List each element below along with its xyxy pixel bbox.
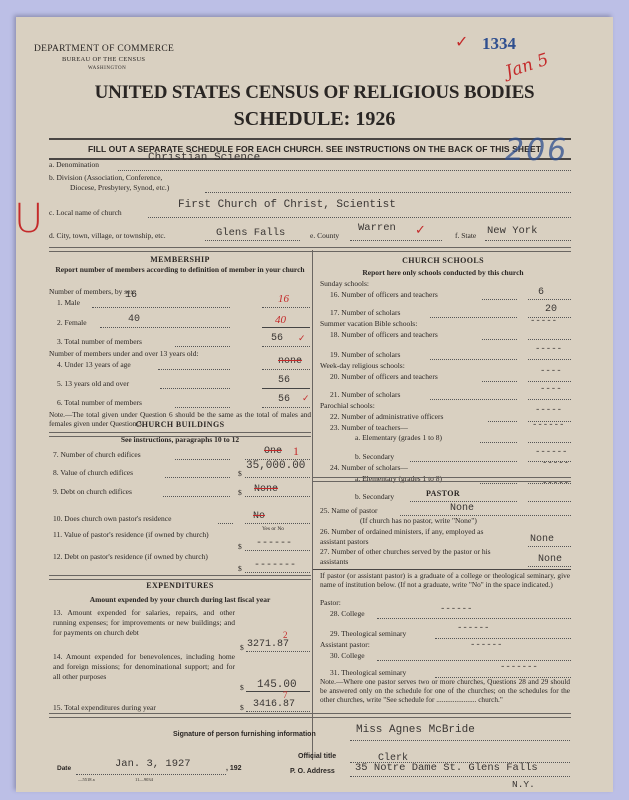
sum-line	[246, 691, 310, 692]
dotted-line	[245, 523, 310, 524]
form-code: —5518 a	[78, 777, 95, 782]
graduate-instructions: If pastor (or assistant pastor) is a gra…	[320, 571, 570, 589]
q27-field[interactable]: None	[538, 554, 562, 565]
dotted-line	[163, 496, 230, 497]
q22-field[interactable]: -----	[535, 405, 562, 415]
weekday-schools-label: Week-day religious schools:	[320, 361, 405, 370]
q31-label: 31. Theological seminary	[330, 668, 406, 677]
county-field[interactable]: Warren	[358, 222, 396, 234]
divider	[49, 138, 571, 140]
dollar-sign: $	[238, 542, 242, 551]
dollar-sign: $	[238, 488, 242, 497]
dotted-line	[528, 501, 571, 502]
q23b-label: b. Secondary	[355, 452, 394, 461]
city-label: d. City, town, village, or township, etc…	[49, 231, 166, 240]
dotted-line	[377, 660, 571, 661]
q31-field[interactable]: -------	[500, 662, 538, 672]
female-field[interactable]: 40	[128, 314, 140, 325]
dotted-line	[482, 339, 517, 340]
dotted-line	[262, 407, 310, 408]
edifice-value-field[interactable]: 35,000.00	[246, 460, 305, 472]
pastor-sublabel: Pastor:	[320, 598, 341, 607]
total-label: 3. Total number of members	[57, 337, 142, 346]
dotted-line	[480, 442, 517, 443]
dotted-line	[350, 776, 570, 777]
church-schools-heading: CHURCH SCHOOLS	[315, 256, 571, 265]
check-mark-icon: ✓	[298, 333, 306, 344]
dotted-line	[118, 170, 571, 171]
dotted-line	[488, 421, 517, 422]
q22-label: 22. Number of administrative officers	[330, 412, 443, 421]
dotted-line	[482, 381, 517, 382]
state-label: f. State	[455, 231, 476, 240]
q23b-field[interactable]: ------	[535, 447, 567, 457]
sunday-schools-label: Sunday schools:	[320, 279, 369, 288]
dotted-line	[485, 240, 571, 241]
signature-label: Signature of person furnishing informati…	[173, 731, 316, 738]
q19-field[interactable]: -----	[535, 344, 562, 354]
residence-debt-label: 12. Debt on pastor's residence (if owned…	[53, 552, 233, 562]
dotted-line	[76, 774, 226, 775]
membership-heading: MEMBERSHIP	[49, 255, 311, 264]
dotted-line	[175, 459, 230, 460]
q23-label: 23. Number of teachers—	[330, 423, 408, 432]
summer-schools-label: Summer vacation Bible schools:	[320, 319, 417, 328]
q23-dash: ------	[532, 420, 564, 430]
over-13-field[interactable]: 56	[278, 375, 290, 386]
pastor-name-label: 25. Name of pastor	[320, 506, 377, 515]
dotted-line	[430, 399, 517, 400]
column-divider	[312, 250, 313, 760]
dotted-line	[165, 477, 230, 478]
age-label: Number of members under and over 13 year…	[49, 349, 199, 358]
dotted-line	[528, 566, 571, 567]
edifice-debt-label: 9. Debt on church edifices	[53, 487, 132, 496]
total-2-label: 6. Total number of members	[57, 398, 142, 407]
summer-dash: -----	[530, 316, 557, 326]
benevolences-label: 14. Amount expended for benevolences, in…	[53, 652, 235, 682]
q23a-label: a. Elementary (grades 1 to 8)	[355, 433, 442, 442]
department-label: DEPARTMENT OF COMMERCE	[34, 44, 174, 54]
by-sex-label: Number of members, by sex:	[49, 287, 136, 296]
divider	[49, 158, 571, 160]
pencil-number: 206	[505, 133, 568, 168]
division-label-cont: Diocese, Presbytery, Synod, etc.)	[70, 183, 169, 192]
q27-label: 27. Number of other churches served by t…	[320, 547, 508, 567]
division-field[interactable]	[205, 192, 571, 193]
check-mark-icon: ✓	[415, 222, 426, 238]
q17-field[interactable]: 20	[545, 304, 557, 315]
dotted-line	[377, 618, 571, 619]
dotted-line	[528, 299, 571, 300]
q29-label: 29. Theological seminary	[330, 629, 406, 638]
dollar-sign: $	[240, 643, 244, 652]
q24-label: 24. Number of scholars—	[330, 463, 408, 472]
total-members-field[interactable]: 56	[271, 333, 283, 344]
dotted-line	[262, 346, 310, 347]
church-buildings-subheading: See instructions, paragraphs 10 to 12	[49, 435, 311, 444]
city-label: WASHINGTON	[88, 66, 126, 71]
po-address-field[interactable]: 35 Notre Dame St. Glens Falls	[355, 762, 538, 774]
q18-field	[528, 339, 571, 340]
salaries-field[interactable]: 3271.87	[247, 639, 289, 650]
q28-label: 28. College	[330, 609, 365, 618]
dotted-line	[92, 307, 230, 308]
official-title-label: Official title	[298, 753, 336, 760]
dotted-line	[245, 496, 310, 497]
q18-label: 18. Number of officers and teachers	[330, 330, 438, 339]
dotted-line	[350, 240, 442, 241]
date-label: Date	[57, 765, 71, 772]
dotted-line	[175, 407, 230, 408]
denomination-field[interactable]: Christian Science	[148, 152, 260, 164]
dollar-sign: $	[238, 564, 242, 573]
dotted-line	[482, 299, 517, 300]
dotted-line	[528, 359, 571, 360]
dotted-line	[245, 550, 310, 551]
dotted-line	[218, 523, 233, 524]
date-suffix: , 192	[226, 765, 242, 772]
dollar-sign: $	[238, 469, 242, 478]
dotted-line	[528, 546, 571, 547]
division-label: b. Division (Association, Conference,	[49, 173, 162, 182]
dotted-line	[430, 359, 517, 360]
q26-field[interactable]: None	[530, 534, 554, 545]
church-buildings-heading: CHURCH BUILDINGS	[49, 420, 311, 429]
assistant-pastor-sublabel: Assistant pastor:	[320, 640, 370, 649]
dotted-line	[528, 381, 571, 382]
dotted-line	[148, 217, 571, 218]
dotted-line	[246, 711, 310, 712]
total-expenditures-field[interactable]: 3416.87	[253, 699, 295, 710]
pastor-heading: PASTOR	[315, 489, 571, 498]
section-divider	[49, 575, 311, 580]
over-13-label: 5. 13 years old and over	[57, 379, 129, 388]
q30-field[interactable]: ------	[470, 640, 502, 650]
form-title: UNITED STATES CENSUS OF RELIGIOUS BODIES	[0, 82, 629, 104]
q29-field[interactable]: ------	[457, 623, 489, 633]
bureau-label: BUREAU OF THE CENSUS	[62, 56, 145, 63]
q24a-field[interactable]: -----	[542, 458, 569, 468]
dotted-line	[410, 461, 517, 462]
edifices-label: 7. Number of church edifices	[53, 450, 141, 459]
sum-line	[262, 327, 310, 328]
po-address-label: P. O. Address	[290, 768, 335, 775]
female-correction: 40	[275, 314, 286, 326]
divider	[313, 569, 571, 570]
dotted-line	[430, 317, 517, 318]
dollar-sign: $	[240, 703, 244, 712]
q21-field[interactable]: ----	[540, 384, 562, 394]
section-divider	[49, 247, 571, 252]
yes-no-hint: Yes or No	[262, 526, 284, 532]
total-members-2-field[interactable]: 56	[278, 394, 290, 405]
residence-value-label: 11. Value of pastor's residence (if owne…	[53, 530, 233, 540]
edifices-correction: 1	[293, 444, 299, 459]
dotted-line	[205, 240, 300, 241]
dotted-line	[100, 327, 230, 328]
pastor-name-field[interactable]: None	[450, 503, 474, 514]
signature-field[interactable]: Miss Agnes McBride	[356, 724, 475, 736]
dotted-line	[158, 369, 230, 370]
local-name-field[interactable]: First Church of Christ, Scientist	[178, 199, 396, 211]
dotted-line	[175, 346, 230, 347]
salaries-correction: 2	[283, 630, 288, 640]
local-name-label: c. Local name of church	[49, 208, 122, 217]
under-13-label: 4. Under 13 years of age	[57, 360, 131, 369]
q16-field[interactable]: 6	[538, 287, 544, 298]
edifice-value-label: 8. Value of church edifices	[53, 468, 133, 477]
pastor-name-hint: (If church has no pastor, write "None")	[360, 516, 477, 525]
county-label: e. County	[310, 231, 339, 240]
dotted-line	[245, 572, 310, 573]
state-field[interactable]: New York	[487, 225, 537, 237]
salaries-label: 13. Amount expended for salaries, repair…	[53, 608, 235, 638]
q28-field[interactable]: ------	[440, 604, 472, 614]
dotted-line	[262, 369, 310, 370]
membership-subheading: Report number of members according to de…	[55, 265, 305, 275]
q20-label: 20. Number of officers and teachers	[330, 372, 438, 381]
expenditures-subheading: Amount expended by your church during la…	[49, 595, 311, 604]
q17-label: 17. Number of scholars	[330, 308, 400, 317]
dotted-line	[410, 501, 517, 502]
dotted-line	[262, 307, 310, 308]
q23a-field	[528, 442, 571, 443]
q21-label: 21. Number of scholars	[330, 390, 400, 399]
church-schools-subheading: Report here only schools conducted by th…	[315, 268, 571, 277]
city-field[interactable]: Glens Falls	[216, 227, 285, 239]
expenditures-heading: EXPENDITURES	[49, 581, 311, 590]
dollar-sign: $	[240, 683, 244, 692]
pastor-residence-field[interactable]: No	[253, 511, 265, 522]
under-13-field[interactable]: none	[278, 356, 302, 367]
dotted-line	[160, 388, 230, 389]
total-correction: 7	[283, 690, 288, 700]
dotted-line	[245, 477, 310, 478]
total-expenditures-label: 15. Total expenditures during year	[53, 703, 156, 712]
sum-line	[262, 388, 310, 389]
q19-label: 19. Number of scholars	[330, 350, 400, 359]
date-field[interactable]: Jan. 3, 1927	[115, 758, 191, 770]
pastor-note: Note.—Where one pastor serves two or mor…	[320, 677, 570, 704]
male-correction: 16	[278, 293, 289, 305]
q26-label: 26. Number of ordained ministers, if any…	[320, 527, 508, 547]
section-divider	[49, 713, 571, 718]
section-divider	[313, 477, 571, 482]
benevolences-field[interactable]: 145.00	[257, 679, 297, 691]
check-mark-icon: ✓	[455, 32, 468, 52]
edifices-field[interactable]: One	[264, 446, 282, 457]
residence-value-field[interactable]: ------	[256, 538, 292, 549]
po-address-field-2[interactable]: N.Y.	[512, 779, 535, 790]
print-code: 11—9034	[135, 777, 153, 782]
male-label: 1. Male	[57, 298, 80, 307]
edifice-debt-field[interactable]: None	[254, 484, 278, 495]
dotted-line	[435, 638, 571, 639]
q16-label: 16. Number of officers and teachers	[330, 290, 438, 299]
stamp-number: 1334	[482, 34, 516, 54]
residence-debt-field[interactable]: -------	[254, 560, 296, 571]
denomination-label: a. Denomination	[49, 160, 99, 169]
dotted-line	[246, 651, 310, 652]
dotted-line	[480, 483, 517, 484]
schedule-title: SCHEDULE: 1926	[0, 108, 629, 131]
parochial-schools-label: Parochial schools:	[320, 401, 375, 410]
male-field[interactable]: 16	[125, 290, 137, 301]
pastor-residence-label: 10. Does church own pastor's residence	[53, 514, 171, 523]
margin-mark: U	[14, 196, 43, 242]
dotted-line	[350, 740, 570, 741]
female-label: 2. Female	[57, 318, 87, 327]
q30-label: 30. College	[330, 651, 365, 660]
q20-field[interactable]: ----	[540, 366, 562, 376]
dotted-line	[528, 399, 571, 400]
check-mark-icon: ✓	[302, 393, 310, 404]
